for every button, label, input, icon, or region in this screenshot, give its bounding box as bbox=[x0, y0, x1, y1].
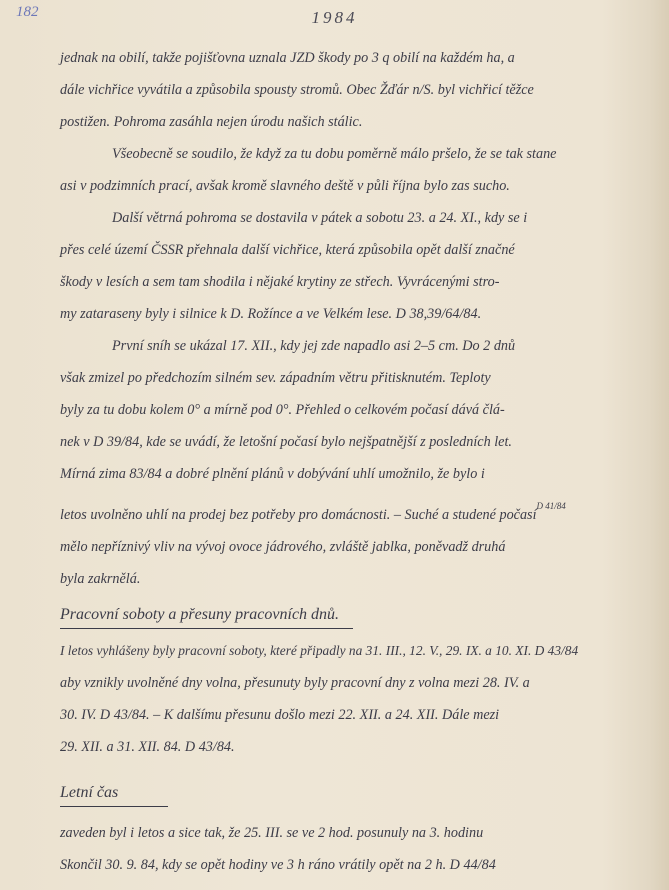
text-line: Všeobecně se soudilo, že když za tu dobu… bbox=[60, 138, 660, 170]
paragraph-working-saturdays: I letos vyhlášeny byly pracovní soboty, … bbox=[60, 635, 660, 763]
paragraph-november-storm: Další větrná pohroma se dostavila v páte… bbox=[60, 202, 660, 330]
text-line: byly za tu dobu kolem 0° a mírně pod 0°.… bbox=[60, 394, 660, 426]
text-line: byla zakrnělá. bbox=[60, 563, 660, 595]
text-line: letos uvolněno uhlí na prodej bez potřeb… bbox=[60, 490, 660, 531]
text-line: mělo nepříznivý vliv na vývoj ovoce jádr… bbox=[60, 531, 660, 563]
text-line: Další větrná pohroma se dostavila v páte… bbox=[60, 202, 660, 234]
text-line: První sníh se ukázal 17. XII., kdy jej z… bbox=[60, 330, 660, 362]
text-line: 30. IV. D 43/84. – K dalšímu přesunu doš… bbox=[60, 699, 660, 731]
year-header: 1984 bbox=[0, 8, 669, 28]
section-heading-wrap: Letní čas bbox=[60, 777, 660, 817]
paragraph-drought: Všeobecně se soudilo, že když za tu dobu… bbox=[60, 138, 660, 202]
paragraph-storm-damage: jednak na obilí, takže pojišťovna uznala… bbox=[60, 42, 660, 138]
text-line: škody v lesích a sem tam shodila i nějak… bbox=[60, 266, 660, 298]
text-line: přes celé území ČSSR přehnala další vich… bbox=[60, 234, 660, 266]
text-line: I letos vyhlášeny byly pracovní soboty, … bbox=[60, 635, 660, 667]
handwritten-body: jednak na obilí, takže pojišťovna uznala… bbox=[60, 42, 660, 881]
text-line: Skončil 30. 9. 84, kdy se opět hodiny ve… bbox=[60, 849, 660, 881]
paragraph-first-snow: První sníh se ukázal 17. XII., kdy jej z… bbox=[60, 330, 660, 458]
chronicle-page: 182 1984 jednak na obilí, takže pojišťov… bbox=[0, 0, 669, 890]
text-line: postižen. Pohroma zasáhla nejen úrodu na… bbox=[60, 106, 660, 138]
text-line: 29. XII. a 31. XII. 84. D 43/84. bbox=[60, 731, 660, 763]
section-heading-summer-time: Letní čas bbox=[60, 780, 168, 807]
text-line: však zmizel po předchozím silném sev. zá… bbox=[60, 362, 660, 394]
text-line: dále vichřice vyvátila a způsobila spous… bbox=[60, 74, 660, 106]
text-line: zaveden byl i letos a sice tak, že 25. I… bbox=[60, 817, 660, 849]
text-line: Mírná zima 83/84 a dobré plnění plánů v … bbox=[60, 458, 660, 490]
text-line-content: letos uvolněno uhlí na prodej bez potřeb… bbox=[60, 507, 537, 523]
text-line: my zataraseny byly i silnice k D. Rožínc… bbox=[60, 298, 660, 330]
footnote-reference: D 41/84 bbox=[537, 501, 566, 511]
section-heading-working-saturdays: Pracovní soboty a přesuny pracovních dnů… bbox=[60, 602, 353, 629]
text-line: asi v podzimních prací, avšak kromě slav… bbox=[60, 170, 660, 202]
text-line: nek v D 39/84, kde se uvádí, že letošní … bbox=[60, 426, 660, 458]
text-line: aby vznikly uvolněné dny volna, přesunut… bbox=[60, 667, 660, 699]
paragraph-summer-time: zaveden byl i letos a sice tak, že 25. I… bbox=[60, 817, 660, 881]
text-line: jednak na obilí, takže pojišťovna uznala… bbox=[60, 42, 660, 74]
section-heading-wrap: Pracovní soboty a přesuny pracovních dnů… bbox=[60, 599, 660, 635]
paragraph-mild-winter: Mírná zima 83/84 a dobré plnění plánů v … bbox=[60, 458, 660, 595]
